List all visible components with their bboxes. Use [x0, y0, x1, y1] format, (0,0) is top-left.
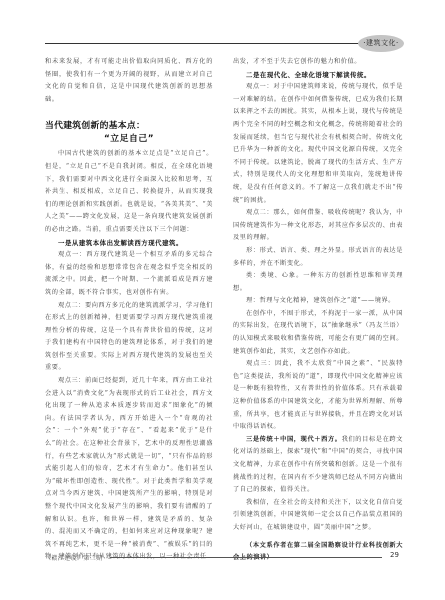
author-note: （本文系作者在第二届全国勘察设计行业科技创新大会上的演讲）: [233, 540, 403, 565]
heading-three-body: 我们的目标是在跨文化对话的基础上，探索“现代”和“中国”的契合，寻找中国文化精神…: [233, 436, 403, 493]
viewpoint-paragraph: 观点二：要向西方多元化的建筑流派学习，学习他们在形式上的创新精神，但更需要学习西…: [45, 300, 213, 376]
body-paragraph: 类：类境、心象。一种东方的创新性思维和审美理想。: [233, 270, 403, 295]
heading-three: 三是传统＋中国，现代＋西方。: [246, 436, 342, 443]
section-badge: ·建筑文化·: [358, 35, 404, 52]
body-paragraph: 中国古代建筑的创新的基本立足点是“立足自己”。但是，“立足自己”不是自我封闭。相…: [45, 148, 213, 236]
heading-one: 一是从建筑本体出发解读西方现代建筑。: [45, 237, 213, 250]
viewpoint-paragraph: 观点三：前面已经提到，近几十年来，西方由工业社会进入以“消费文化”为表现形式的后…: [45, 375, 213, 564]
body-paragraph: 观点三：因此，我不太欣赏“中国之素”、“民族特色”这类提法，我所说的“道”，即现…: [233, 358, 403, 434]
viewpoint-paragraph: 观点一：西方现代建筑是一个相互矛盾的多元综合体，有益的经验和思想常常包含在观念似…: [45, 249, 213, 299]
heading-three-paragraph: 三是传统＋中国，现代＋西方。我们的目标是在跨文化对话的基础上，探索“现代”和“中…: [233, 434, 403, 497]
body-paragraph: 观点二：那么，如何借鉴、吸收传统呢？我认为，中国传统建筑作为一种文化形态，对其应…: [233, 207, 403, 245]
left-column: 和未来发展，才有可能走出价值取向同质化、西方化的怪圈，使我们有一个更为开阔的视野…: [45, 56, 213, 564]
page-number: 29: [390, 551, 399, 559]
section-subtitle: “立足自己”: [45, 133, 213, 145]
body-paragraph: 观点一：对于中国建筑师来说，传统与现代，似乎是一对难解的结。在创作中如何借鉴传统…: [233, 81, 403, 207]
header-rule: [45, 43, 360, 44]
heading-two: 二是在现代化、全球化语境下解读传统。: [233, 69, 403, 82]
body-paragraph: 在创作中，不囿于形式，不拘泥于一家一派，从中国的实际出发，在现代语境下，以“抽象…: [233, 308, 403, 358]
closing-paragraph: 我相信，在全社会的支持和关注下，以文化自信自觉引领建筑创新，中国建筑师一定会以自…: [233, 497, 403, 535]
body-paragraph: 形：形式、语言、类、理之外显。形式语言的表达是多样的，并在不断变化。: [233, 245, 403, 270]
footer-journal: 《赣江建设》第二期: [45, 553, 103, 562]
continuation-paragraph: 出发，才不至于失去它创作的魅力和价值。: [233, 56, 403, 69]
section-title: 当代建筑创新的基本点：: [45, 120, 213, 133]
body-paragraph: 理：哲理与文化精神，建筑创作之“道”——境界。: [233, 295, 403, 308]
footer-rule: [110, 557, 382, 558]
intro-paragraph: 和未来发展，才有可能走出价值取向同质化、西方化的怪圈，使我们有一个更为开阔的视野…: [45, 56, 213, 106]
right-column: 出发，才不至于失去它创作的魅力和价值。 二是在现代化、全球化语境下解读传统。 观…: [233, 56, 403, 565]
